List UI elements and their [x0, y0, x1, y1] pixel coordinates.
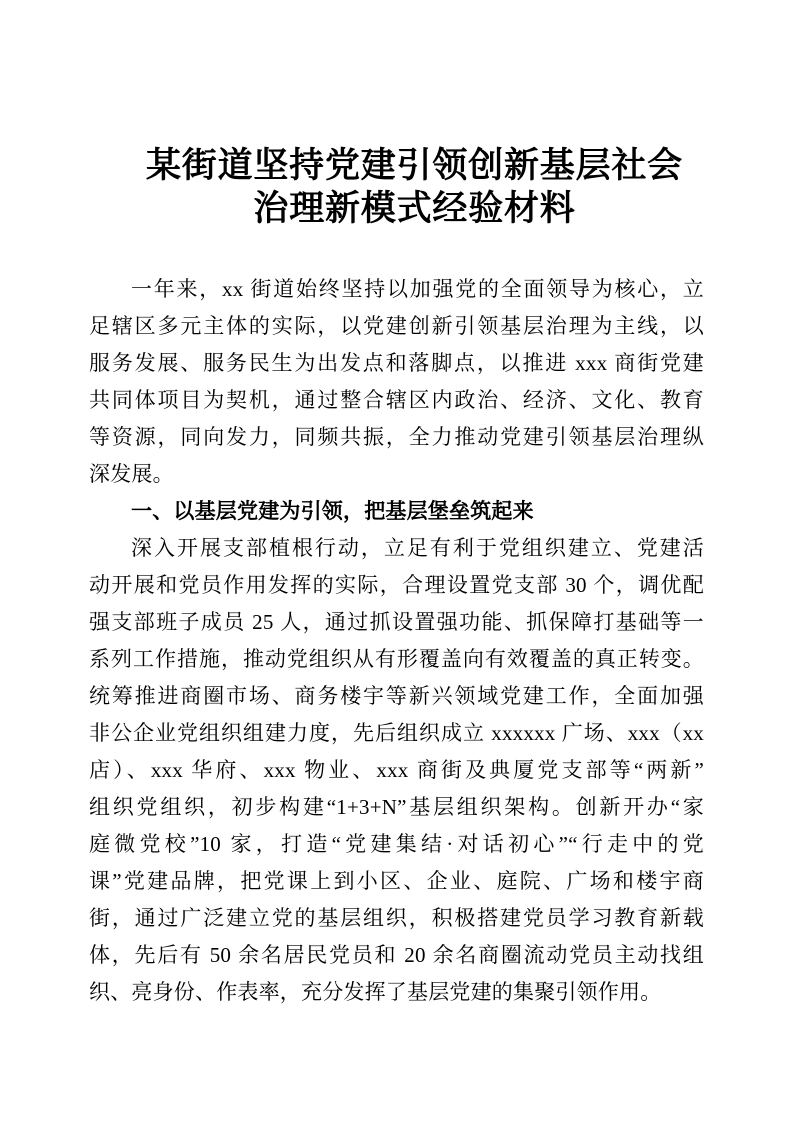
- text-line: 共同体项目为契机，通过整合辖区内政治、经济、文化、教育: [89, 382, 704, 419]
- text-line: 足辖区多元主体的实际，以党建创新引领基层治理为主线，以: [89, 308, 704, 345]
- text-line: 体，先后有 50 余名居民党员和 20 余名商圈流动党员主动找组: [89, 937, 704, 974]
- paragraph-section-1-body: 深入开展支部植根行动，立足有利于党组织建立、党建活动开展和党员作用发挥的实际，合…: [89, 530, 704, 1011]
- paragraph-intro: 一年来，xx 街道始终坚持以加强党的全面领导为核心，立足辖区多元主体的实际，以党…: [89, 271, 704, 493]
- text-line: 组织党组织，初步构建“1+3+N”基层组织架构。创新开办“家: [89, 789, 704, 826]
- section-heading-1: 一、以基层党建为引领，把基层堡垒筑起来: [89, 493, 704, 530]
- text-line: 一年来，xx 街道始终坚持以加强党的全面领导为核心，立: [89, 271, 704, 308]
- text-line: 庭微党校”10 家，打造“党建集结·对话初心”“行走中的党: [89, 826, 704, 863]
- text-line: 某街道坚持党建引领创新基层社会: [125, 144, 704, 187]
- text-line: 非公企业党组织组建力度，先后组织成立 xxxxxx 广场、xxx（xx: [89, 715, 704, 752]
- text-line: 店）、xxx 华府、xxx 物业、xxx 商街及典厦党支部等“两新”: [89, 752, 704, 789]
- text-line: 系列工作措施，推动党组织从有形覆盖向有效覆盖的真正转变。: [89, 641, 704, 678]
- text-line: 等资源，同向发力，同频共振，全力推动党建引领基层治理纵: [89, 419, 704, 456]
- text-line: 动开展和党员作用发挥的实际，合理设置党支部 30 个，调优配: [89, 567, 704, 604]
- text-line: 治理新模式经验材料: [125, 187, 704, 230]
- text-line: 课”党建品牌，把党课上到小区、企业、庭院、广场和楼宇商: [89, 863, 704, 900]
- text-line: 服务发展、服务民生为出发点和落脚点，以推进 xxx 商街党建: [89, 345, 704, 382]
- text-line: 街，通过广泛建立党的基层组织，积极搭建党员学习教育新载: [89, 900, 704, 937]
- text-line: 统筹推进商圈市场、商务楼宇等新兴领域党建工作，全面加强: [89, 678, 704, 715]
- text-line: 织、亮身份、作表率，充分发挥了基层党建的集聚引领作用。: [89, 974, 704, 1011]
- text-line: 深发展。: [89, 456, 704, 493]
- document-title: 某街道坚持党建引领创新基层社会治理新模式经验材料: [89, 144, 704, 230]
- text-line: 深入开展支部植根行动，立足有利于党组织建立、党建活: [89, 530, 704, 567]
- document-page: 某街道坚持党建引领创新基层社会治理新模式经验材料 一年来，xx 街道始终坚持以加…: [0, 0, 793, 1122]
- text-line: 强支部班子成员 25 人，通过抓设置强功能、抓保障打基础等一: [89, 604, 704, 641]
- text-line: 一、以基层党建为引领，把基层堡垒筑起来: [89, 493, 704, 530]
